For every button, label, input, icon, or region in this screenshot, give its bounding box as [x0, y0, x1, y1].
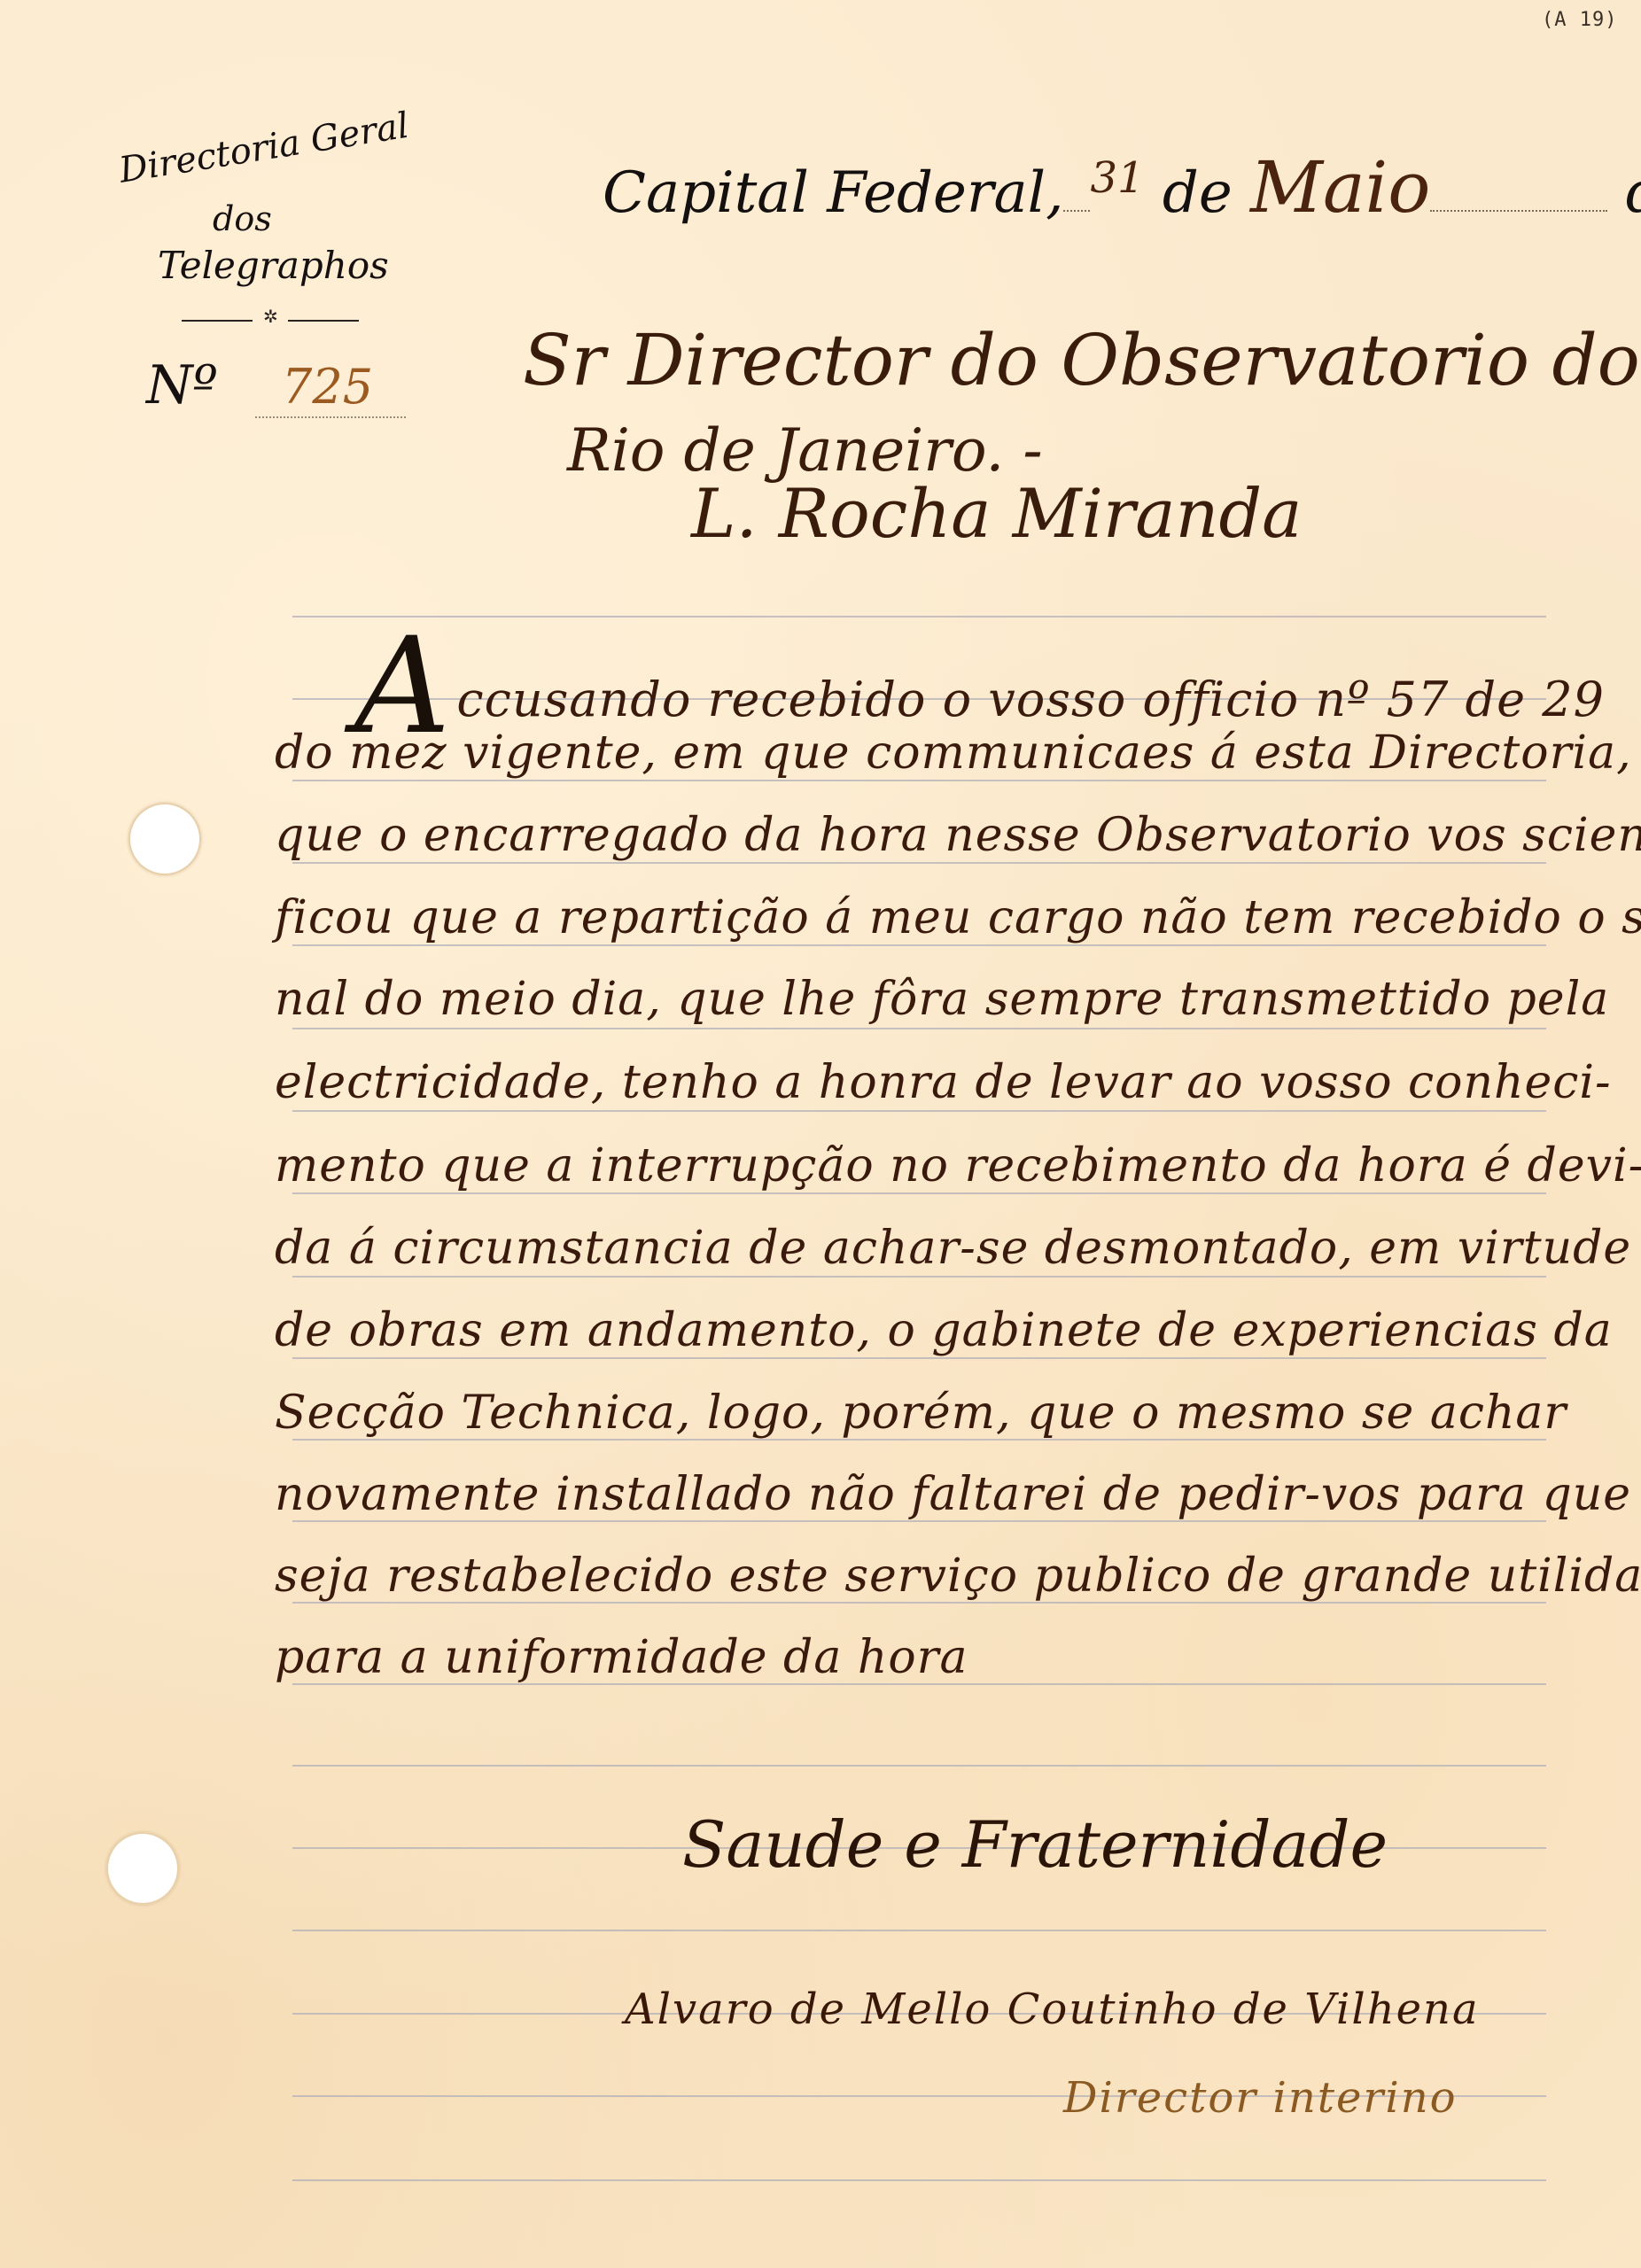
body-line-7: mento que a interrupção no recebimento d…: [275, 1139, 1641, 1192]
body-line-13: para a uniformidade da hora: [275, 1631, 968, 1684]
body-line-10: Secção Technica, logo, porém, que o mesm…: [275, 1386, 1567, 1440]
letterhead-line-telegraphos: Telegraphos: [158, 244, 389, 287]
ruled-line: [292, 2179, 1546, 2181]
signature-title: Director interino: [1063, 2073, 1458, 2123]
ruled-line: [292, 1765, 1546, 1767]
punch-hole-lower: [106, 1832, 179, 1905]
body-line-5: nal do meio dia, que lhe fôra sempre tra…: [275, 973, 1609, 1026]
document-number-value: 725: [282, 359, 373, 415]
body-line-2: do mez vigente, em que communicaes á est…: [275, 726, 1632, 780]
number-dotted-line: [255, 416, 406, 418]
letterhead-line-dos: dos: [213, 199, 272, 238]
ornament-divider: ✲: [182, 315, 359, 327]
dateline-month: Maio: [1250, 146, 1430, 229]
dateline-de: de: [1163, 160, 1233, 226]
closing-salutation: Saude e Fraternidade: [682, 1807, 1388, 1882]
body-line-12: seja restabelecido este serviço publico …: [275, 1550, 1641, 1603]
archive-reference-stamp: (A 19): [1542, 9, 1617, 31]
ruled-line: [292, 780, 1546, 781]
ruled-line: [292, 1276, 1546, 1278]
dotted-fill: [1430, 208, 1607, 212]
dotted-fill: [1063, 208, 1090, 212]
body-line-11: novamente installado não faltarei de ped…: [275, 1468, 1631, 1521]
divider-rule-left: [182, 320, 253, 322]
ruled-line: [292, 944, 1546, 946]
dateline-de-2: de: [1626, 160, 1641, 226]
ruled-line: [292, 616, 1546, 617]
body-line-9: de obras em andamento, o gabinete de exp…: [275, 1304, 1613, 1357]
body-line-6: electricidade, tenho a honra de levar ao…: [275, 1056, 1612, 1109]
signature-name: Alvaro de Mello Coutinho de Vilhena: [625, 1984, 1480, 2034]
ruled-line: [292, 862, 1546, 864]
body-line-3: que o encarregado da hora nesse Observat…: [275, 809, 1641, 862]
ruled-line: [292, 1930, 1546, 1931]
dateline-place: Capital Federal,: [603, 160, 1063, 226]
divider-rule-right: [288, 320, 359, 322]
ruled-line: [292, 1192, 1546, 1194]
punch-hole-upper: [128, 803, 201, 875]
ruled-line: [292, 1110, 1546, 1112]
body-line-text: ccusando recebido o vosso officio nº 57 …: [456, 672, 1605, 727]
dateline-day: 31: [1090, 153, 1144, 203]
body-line-4: ficou que a repartição á meu cargo não t…: [275, 891, 1641, 944]
letterhead-line-directoria: Directoria Geral: [116, 105, 411, 191]
sunburst-ornament-icon: ✲: [263, 307, 278, 325]
body-line-8: da á circumstancia de achar-se desmontad…: [275, 1222, 1631, 1275]
dateline: Capital Federal,31 de Maio de 1895.: [603, 146, 1641, 229]
ruled-line: [292, 1357, 1546, 1359]
addressee-line-1: Sr Director do Observatorio do: [523, 319, 1640, 401]
addressee-line-3: L. Rocha Miranda: [691, 474, 1302, 553]
ruled-line: [292, 1028, 1546, 1029]
document-number-label: Nº: [146, 354, 218, 416]
